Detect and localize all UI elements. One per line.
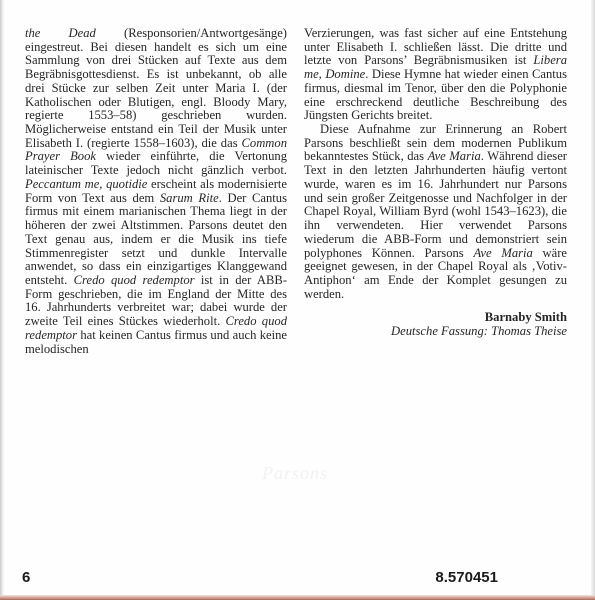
author-name: Barnaby Smith xyxy=(304,311,567,325)
right-paragraph-2: Diese Aufnahme zur Erinnerung an Robert … xyxy=(304,123,567,301)
page-number: 6 xyxy=(22,569,30,586)
italic-title: Peccantum me, quotidie xyxy=(25,177,147,191)
italic-title: Credo quod redemptor xyxy=(74,273,195,287)
translation-credit: Deutsche Fassung: Thomas Theise xyxy=(304,325,567,339)
credits-block: Barnaby Smith Deutsche Fassung: Thomas T… xyxy=(304,311,567,338)
italic-title: Sarum Rite xyxy=(160,191,219,205)
left-text-column: the Dead (Responsorien/Antwortgesänge) e… xyxy=(25,27,287,356)
italic-title: the Dead xyxy=(25,26,96,40)
italic-title: Ave Maria xyxy=(473,246,532,260)
left-paragraph-1: the Dead (Responsorien/Antwortgesänge) e… xyxy=(25,27,287,356)
text-run: (Responsorien/Antwortgesänge) eingestreu… xyxy=(25,26,287,150)
italic-title: Ave Maria xyxy=(428,149,481,163)
right-text-column: Verzierungen, was fast sicher auf eine E… xyxy=(304,27,567,339)
page-right-edge xyxy=(591,0,595,600)
page-bottom-edge xyxy=(0,595,595,600)
text-run: Verzierungen, was fast sicher auf eine E… xyxy=(304,26,567,67)
page-left-edge xyxy=(0,0,4,600)
text-run: . Während dieser Text in den letzten Jah… xyxy=(304,149,567,259)
booklet-page: the Dead (Responsorien/Antwortgesänge) e… xyxy=(0,0,595,600)
show-through-text: Parsons xyxy=(262,463,328,484)
catalogue-number: 8.570451 xyxy=(435,569,498,586)
right-paragraph-1: Verzierungen, was fast sicher auf eine E… xyxy=(304,27,567,123)
